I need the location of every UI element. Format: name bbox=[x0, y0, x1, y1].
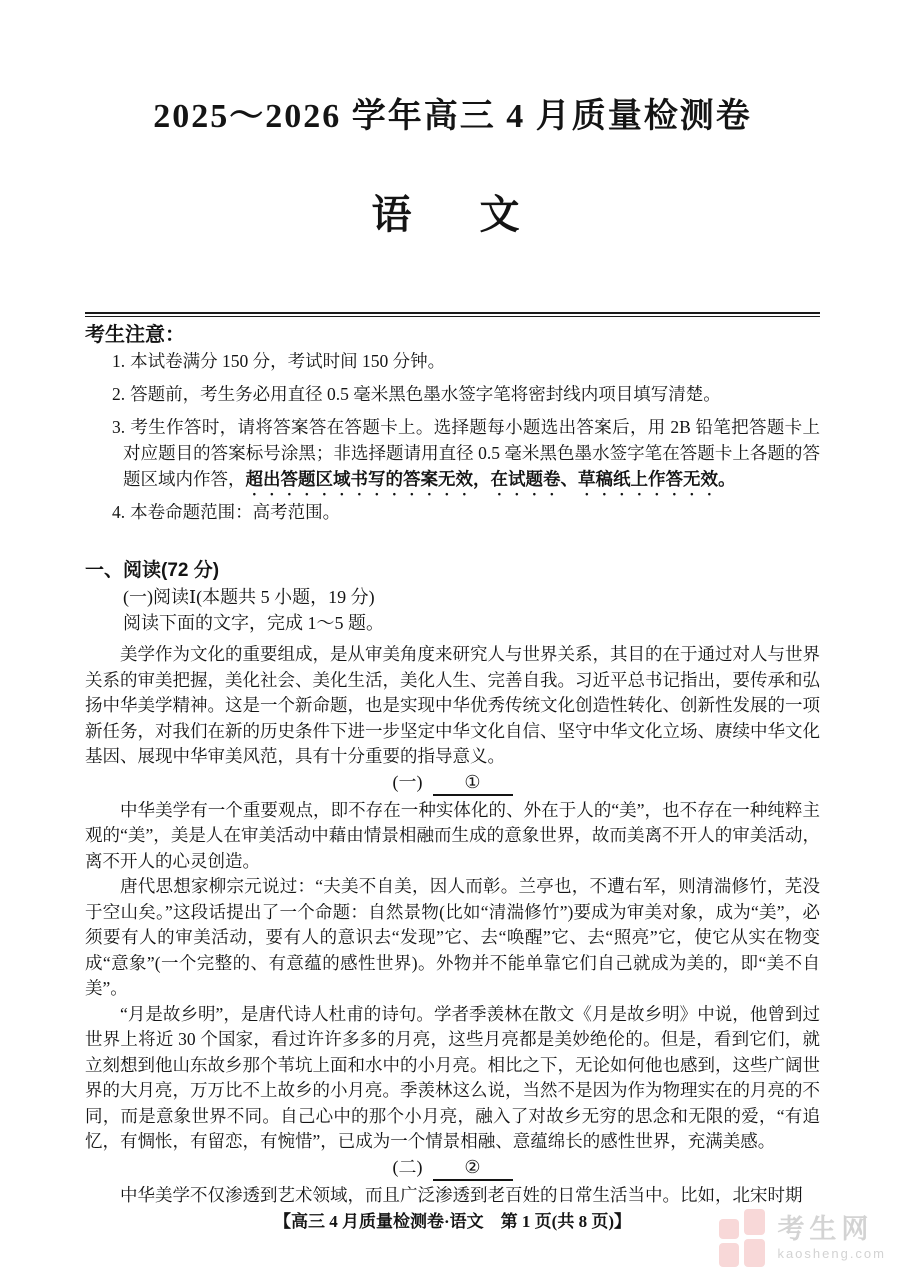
subheading-blank-underline: ② bbox=[433, 1156, 513, 1181]
circled-number: ② bbox=[464, 1157, 480, 1177]
reading-section: 一、阅读(72 分) (一)阅读Ⅰ(本题共 5 小题，19 分) 阅读下面的文字… bbox=[85, 558, 820, 1208]
passage-subheading-2: (二)② bbox=[85, 1155, 820, 1183]
exam-paper-page: 2025～2026 学年高三 4 月质量检测卷 语 文 考生注意： 1.本试卷满… bbox=[0, 0, 900, 1273]
notice-item-3: 3.考生作答时，请将答案答在答题卡上。选择题每小题选出答案后，用 2B 铅笔把答… bbox=[85, 414, 820, 499]
notice-item-number: 4. bbox=[112, 502, 125, 522]
paper-title: 2025～2026 学年高三 4 月质量检测卷 bbox=[85, 88, 820, 137]
subheading-label: (一) bbox=[393, 772, 423, 792]
notice-item-2: 2.答题前，考生务必用直径 0.5 毫米黑色墨水签字笔将密封线内项目填写清楚。 bbox=[85, 381, 820, 414]
logo-block bbox=[744, 1239, 765, 1267]
notice-item-text: 本试卷满分 150 分，考试时间 150 分钟。 bbox=[130, 351, 445, 371]
notice-item-number: 3. bbox=[112, 417, 125, 437]
notice-item-emphasis: 超出答题区域书写的答案无效，在试题卷、草稿纸上作答无效。 bbox=[246, 469, 736, 489]
divider-rule bbox=[85, 312, 820, 317]
watermark-site-url: kaosheng.com bbox=[777, 1246, 886, 1261]
notice-section: 考生注意： 1.本试卷满分 150 分，考试时间 150 分钟。 2.答题前，考… bbox=[85, 322, 820, 532]
passage-paragraph: 中华美学有一个重要观点，即不存在一种实体化的、外在于人的“美”，也不存在一种纯粹… bbox=[85, 798, 820, 875]
subheading-blank-underline: ① bbox=[433, 771, 513, 796]
watermark-site-name: 考生网 bbox=[777, 1215, 886, 1245]
passage-paragraph: “月是故乡明”，是唐代诗人杜甫的诗句。学者季羡林在散文《月是故乡明》中说，他曾到… bbox=[85, 1002, 820, 1155]
logo-block bbox=[744, 1209, 765, 1235]
passage-paragraph: 唐代思想家柳宗元说过：“夫美不自美，因人而彰。兰亭也，不遭右军，则清湍修竹，芜没… bbox=[85, 874, 820, 1002]
notice-item-text: 答题前，考生务必用直径 0.5 毫米黑色墨水签字笔将密封线内项目填写清楚。 bbox=[130, 384, 721, 404]
passage-paragraph: 中华美学不仅渗透到艺术领域，而且广泛渗透到老百姓的日常生活当中。比如，北宋时期 bbox=[85, 1183, 820, 1209]
watermark-text: 考生网 kaosheng.com bbox=[777, 1215, 886, 1262]
notice-item-text: 本卷命题范围：高考范围。 bbox=[130, 502, 340, 522]
paper-subject: 语 文 bbox=[85, 183, 820, 240]
notice-item-4: 4.本卷命题范围：高考范围。 bbox=[85, 499, 820, 532]
page-footer: 【高三 4 月质量检测卷·语文 第 1 页(共 8 页)】 bbox=[85, 1210, 820, 1234]
passage-subheading-1: (一)① bbox=[85, 770, 820, 798]
logo-block bbox=[719, 1243, 739, 1267]
kaosheng-watermark: 考生网 kaosheng.com bbox=[719, 1209, 886, 1267]
reading-instruction: 阅读下面的文字，完成 1～5 题。 bbox=[85, 610, 820, 636]
notice-item-number: 2. bbox=[112, 384, 125, 404]
notice-heading: 考生注意： bbox=[85, 322, 820, 348]
circled-number: ① bbox=[464, 772, 480, 792]
logo-block bbox=[719, 1219, 739, 1239]
part-heading: (一)阅读Ⅰ(本题共 5 小题，19 分) bbox=[85, 584, 820, 610]
section-heading: 一、阅读(72 分) bbox=[85, 558, 820, 584]
notice-item-1: 1.本试卷满分 150 分，考试时间 150 分钟。 bbox=[85, 348, 820, 381]
kaosheng-logo-icon bbox=[719, 1209, 767, 1267]
passage-paragraph: 美学作为文化的重要组成，是从审美角度来研究人与世界关系，其目的在于通过对人与世界… bbox=[85, 642, 820, 770]
subheading-label: (二) bbox=[393, 1157, 423, 1177]
notice-item-number: 1. bbox=[112, 351, 125, 371]
